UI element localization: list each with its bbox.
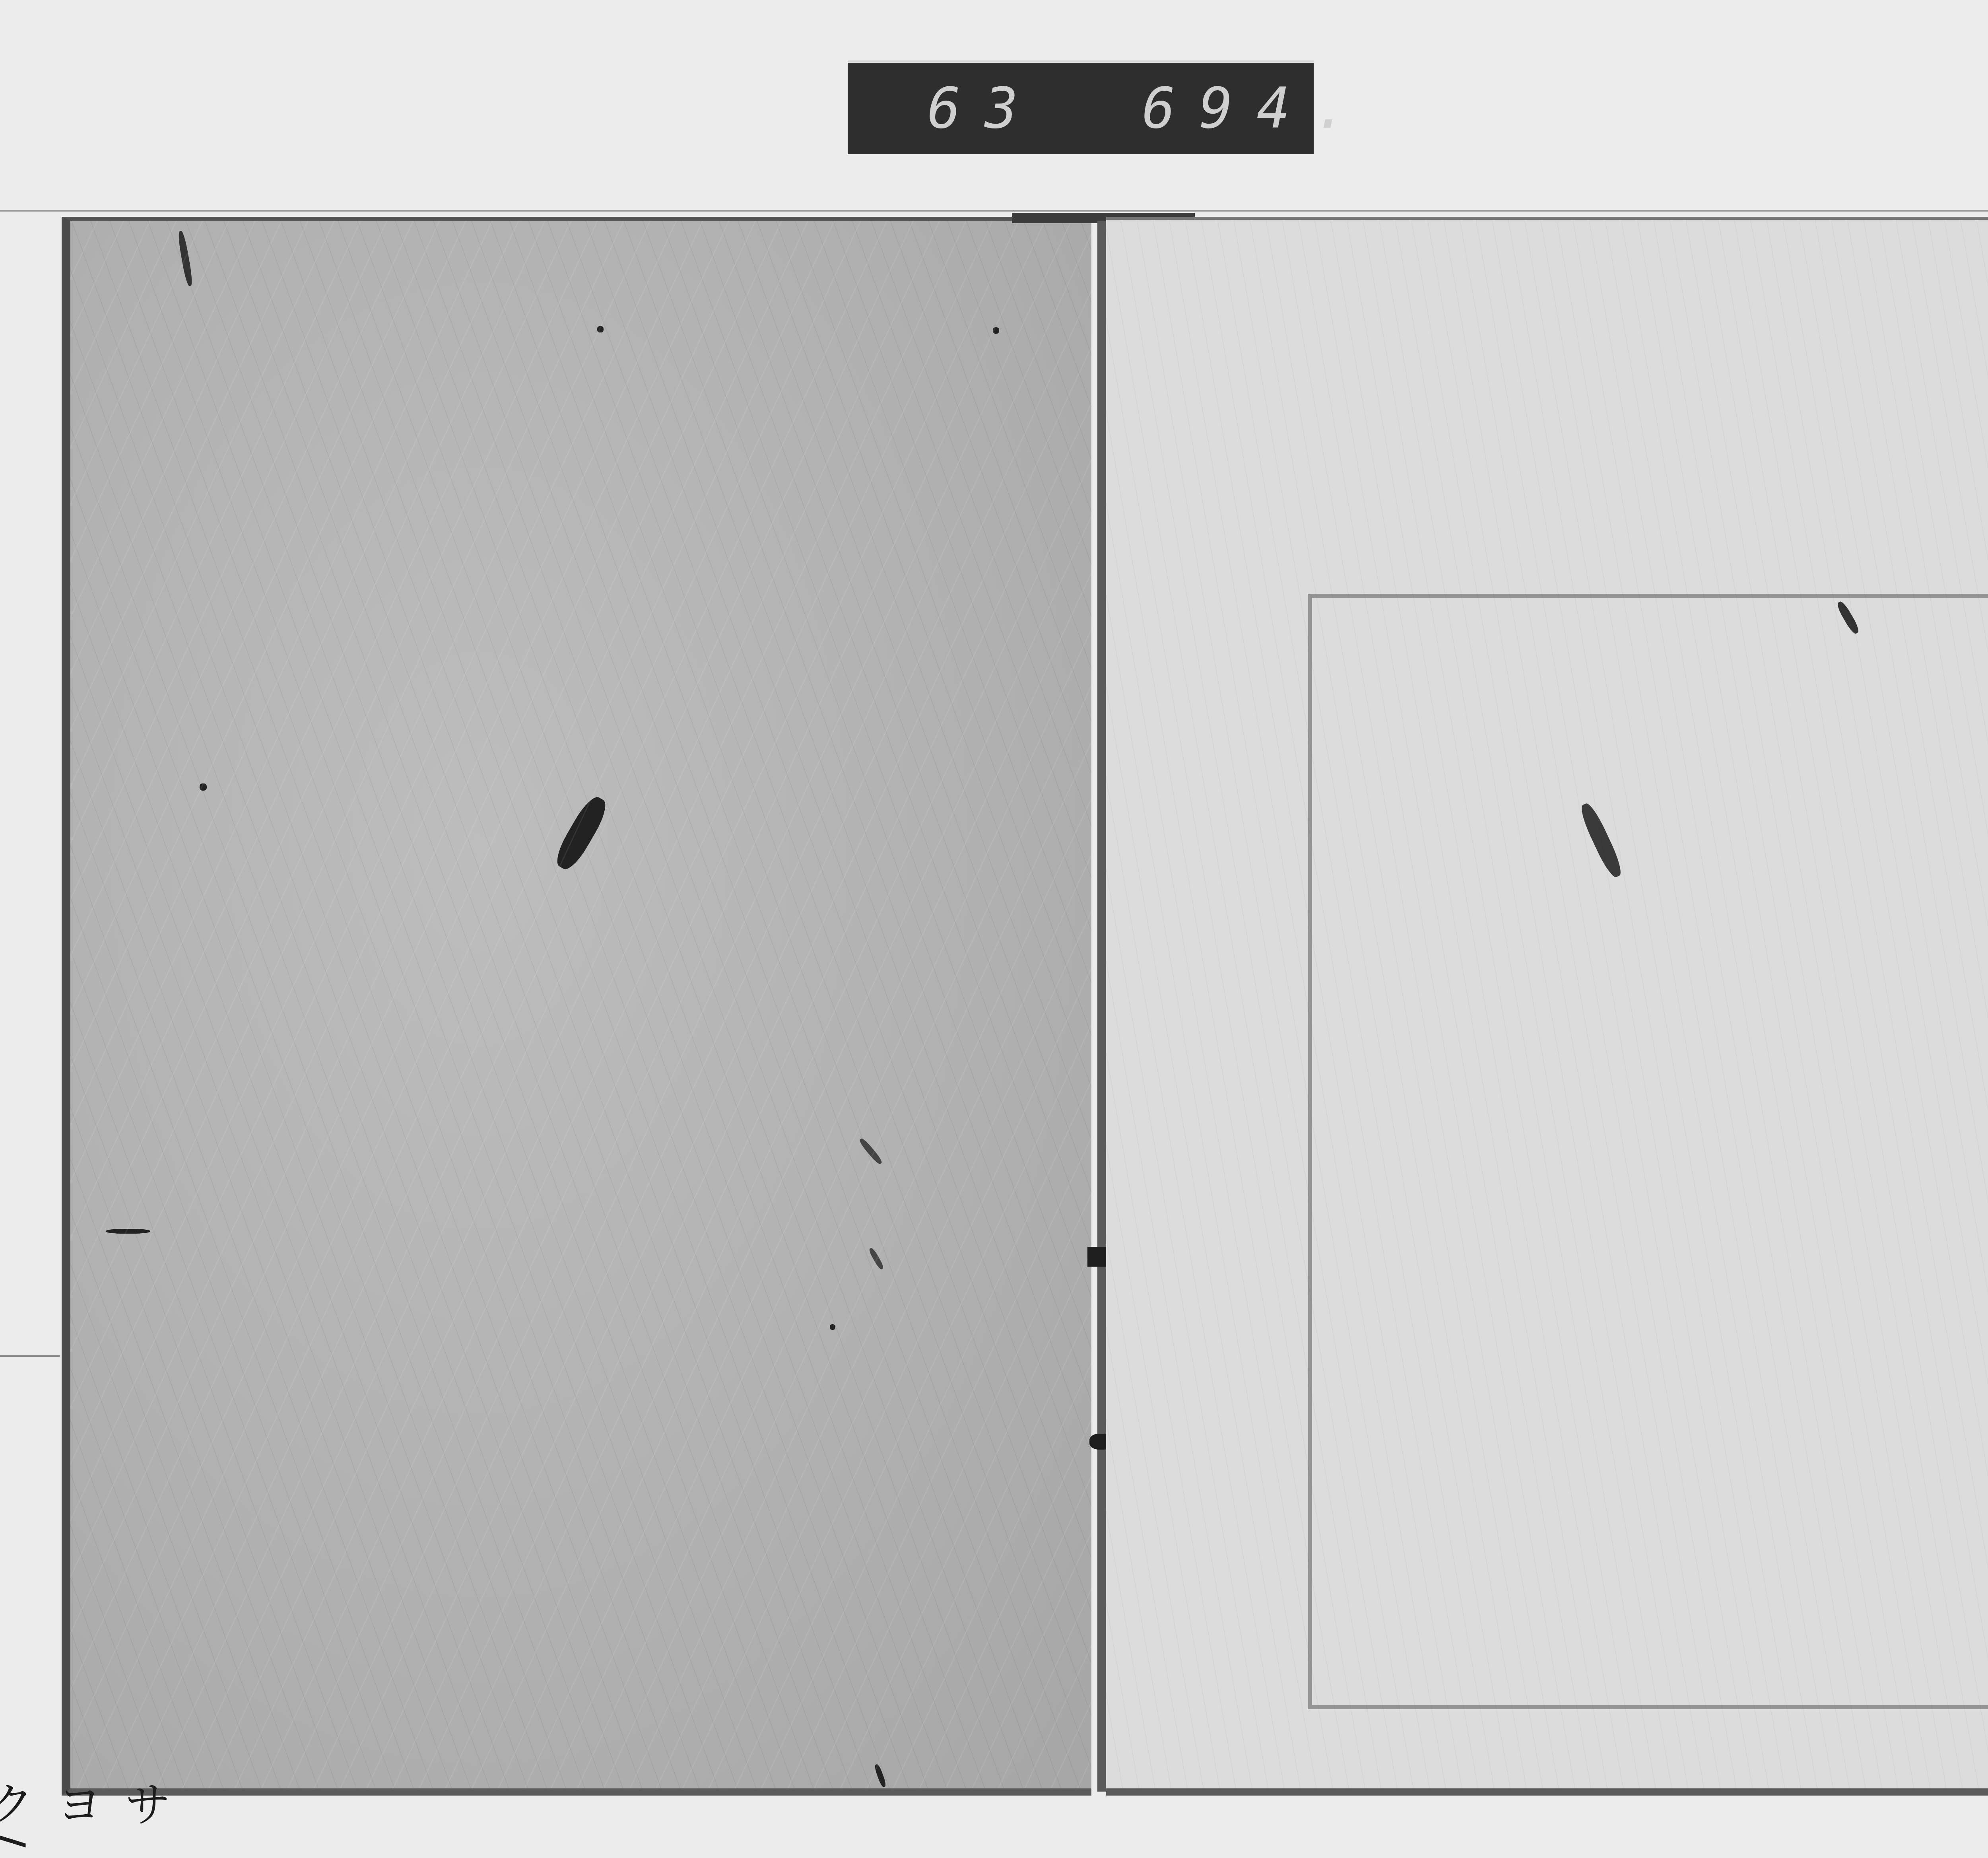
printed-frame-show-through bbox=[1308, 594, 1988, 1709]
ink-spot bbox=[597, 326, 604, 332]
ink-mark bbox=[858, 1137, 883, 1166]
scan-background-line bbox=[0, 210, 1988, 212]
frame-number: 694. bbox=[1142, 76, 1371, 141]
worm-hole bbox=[1835, 600, 1861, 636]
margin-annotation: サヨク/ bbox=[118, 1780, 178, 1851]
open-book: サヨク/ 六番廿二 bbox=[52, 213, 1988, 1796]
worm-hole bbox=[1577, 801, 1625, 880]
worm-hole bbox=[551, 793, 612, 873]
ink-mark bbox=[874, 1763, 887, 1788]
worm-track bbox=[106, 1229, 150, 1234]
ink-spot bbox=[830, 1324, 835, 1330]
microfilm-frame-counter: 63 694. bbox=[848, 60, 1314, 154]
scan-background-line bbox=[0, 1355, 60, 1357]
left-page: サヨク/ bbox=[62, 217, 1091, 1796]
ink-spot bbox=[200, 783, 207, 791]
worm-track bbox=[177, 231, 194, 287]
right-page bbox=[1106, 217, 1988, 1796]
reel-number: 63 bbox=[927, 76, 1042, 141]
ink-spot bbox=[993, 327, 999, 334]
binding-gutter bbox=[1097, 221, 1106, 1792]
ink-mark bbox=[868, 1247, 885, 1271]
